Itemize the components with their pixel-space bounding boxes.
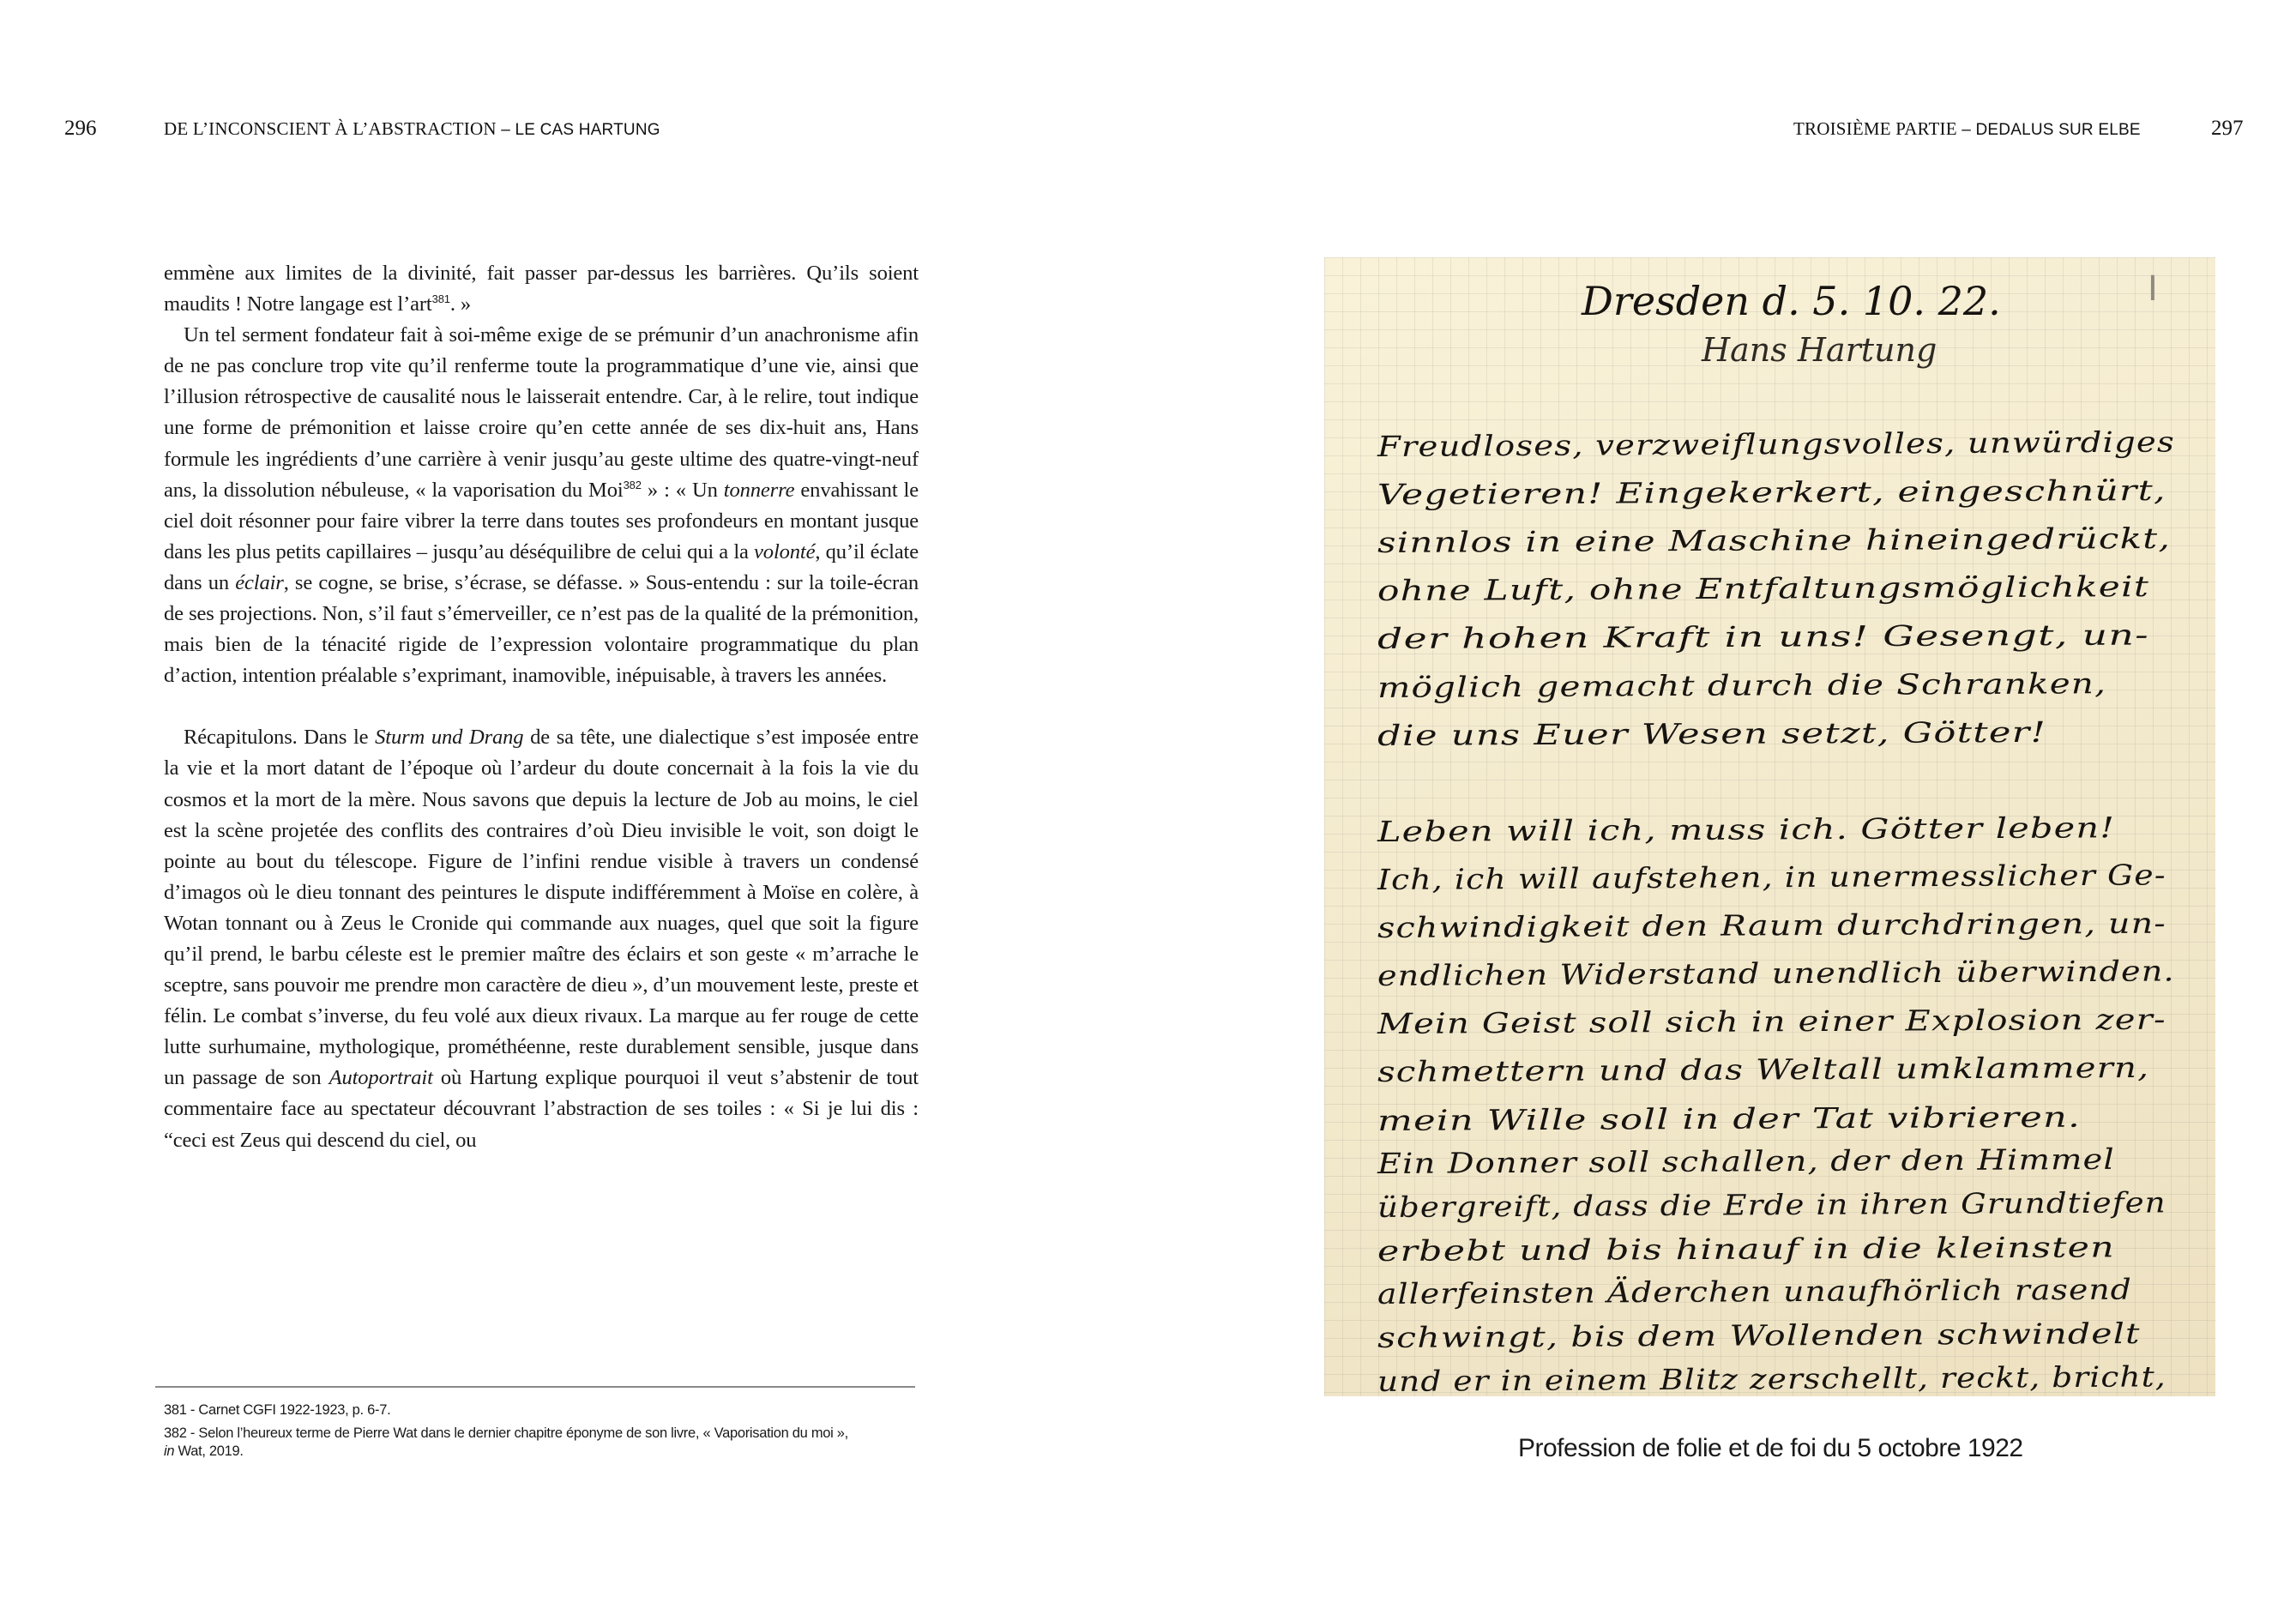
- footnotes: 381 - Carnet CGFI 1922-1923, p. 6-7.382 …: [164, 1401, 919, 1466]
- italic-text: Sturm und Drang: [375, 726, 523, 749]
- letter-text-line: sinnlos in eine Maschine hineingedrückt,: [1377, 521, 2171, 559]
- italic-text: éclair: [235, 571, 283, 594]
- letter-text-line: mein Wille soll in der Tat vibrieren.: [1377, 1100, 2081, 1136]
- italic-text: volonté: [754, 540, 815, 563]
- paragraph: Un tel serment fondateur fait à soi-même…: [164, 320, 919, 691]
- letter-text-line: schwingt, bis dem Wollenden schwindelt: [1377, 1317, 2141, 1354]
- running-head-subtitle: LE CAS HARTUNG: [515, 121, 660, 139]
- handwritten-letter-image: I Dresden d. 5. 10. 22. Hans Hartung Fre…: [1324, 257, 2215, 1396]
- paragraph: Récapitulons. Dans le Sturm und Drang de…: [164, 722, 919, 1155]
- page-number-right: 297: [2211, 117, 2244, 141]
- running-head-separator: –: [1957, 121, 1976, 139]
- running-head-book-title: DE L’INCONSCIENT À L’ABSTRACTION: [164, 118, 497, 139]
- archive-mark: I: [2148, 269, 2158, 309]
- footnote: 382 - Selon l’heureux terme de Pierre Wa…: [164, 1425, 919, 1461]
- letter-text-line: Mein Geist soll sich in einer Explosion …: [1377, 1003, 2166, 1040]
- letter-text-line: Freudloses, verzweiflungsvolles, unwürdi…: [1377, 425, 2175, 463]
- figure-caption: Profession de folie et de foi du 5 octob…: [1518, 1434, 2023, 1463]
- left-page: 296 DE L’INCONSCIENT À L’ABSTRACTION – L…: [0, 0, 1148, 1621]
- letter-text-line: Ich, ich will aufstehen, in unermesslich…: [1377, 858, 2166, 896]
- italic-text: in: [164, 1443, 174, 1459]
- body-text: emmène aux limites de la divinité, fait …: [164, 258, 919, 1156]
- running-head-part-title: TROISIÈME PARTIE: [1793, 118, 1957, 139]
- italic-text: Autoportrait: [329, 1066, 433, 1089]
- paragraph: emmène aux limites de la divinité, fait …: [164, 258, 919, 320]
- running-head-chapter: DEDALUS SUR ELBE: [1976, 121, 2141, 139]
- footnote: 381 - Carnet CGFI 1922-1923, p. 6-7.: [164, 1401, 919, 1419]
- letter-text-line: ohne Luft, ohne Entfaltungsmöglichkeit: [1377, 569, 2149, 607]
- page-number-left: 296: [64, 117, 97, 141]
- letter-text-line: Leben will ich, muss ich. Götter leben!: [1377, 810, 2115, 848]
- italic-text: tonnerre: [724, 479, 795, 502]
- letter-text-line: endlichen Widerstand unendlich überwinde…: [1377, 955, 2175, 993]
- letter-text-line: und er in einem Blitz zerschellt, reckt,…: [1377, 1359, 2166, 1396]
- letter-text-line: erbebt und bis hinauf in die kleinsten: [1377, 1230, 2115, 1268]
- letter-date-line: Dresden d. 5. 10. 22.: [1582, 278, 2001, 324]
- letter-text-line: schmettern und das Weltall umklammern,: [1377, 1051, 2149, 1088]
- letter-signature-line: Hans Hartung: [1702, 331, 1937, 369]
- footnote-reference[interactable]: 382: [624, 479, 642, 491]
- letter-text-line: möglich gemacht durch die Schranken,: [1377, 666, 2106, 704]
- letter-text-line: der hohen Kraft in uns! Gesengt, un-: [1377, 618, 2149, 656]
- letter-text-line: die uns Euer Wesen setzt, Götter!: [1377, 714, 2047, 751]
- footnote-reference[interactable]: 381: [432, 292, 450, 305]
- running-head-left: DE L’INCONSCIENT À L’ABSTRACTION – LE CA…: [164, 118, 660, 140]
- letter-text-line: übergreift, dass die Erde in ihren Grund…: [1377, 1185, 2166, 1224]
- letter-text-line: Ein Donner soll schallen, der den Himmel: [1377, 1142, 2115, 1180]
- letter-text-line: Vegetieren! Eingekerkert, eingeschnürt,: [1377, 473, 2166, 511]
- letter-text-line: allerfeinsten Äderchen unaufhörlich rase…: [1377, 1273, 2132, 1311]
- running-head-right: TROISIÈME PARTIE – DEDALUS SUR ELBE: [1793, 118, 2141, 140]
- letter-text-line: schwindigkeit den Raum durchdringen, un-: [1377, 907, 2166, 944]
- footnote-divider: [155, 1386, 915, 1388]
- running-head-separator: –: [497, 121, 515, 139]
